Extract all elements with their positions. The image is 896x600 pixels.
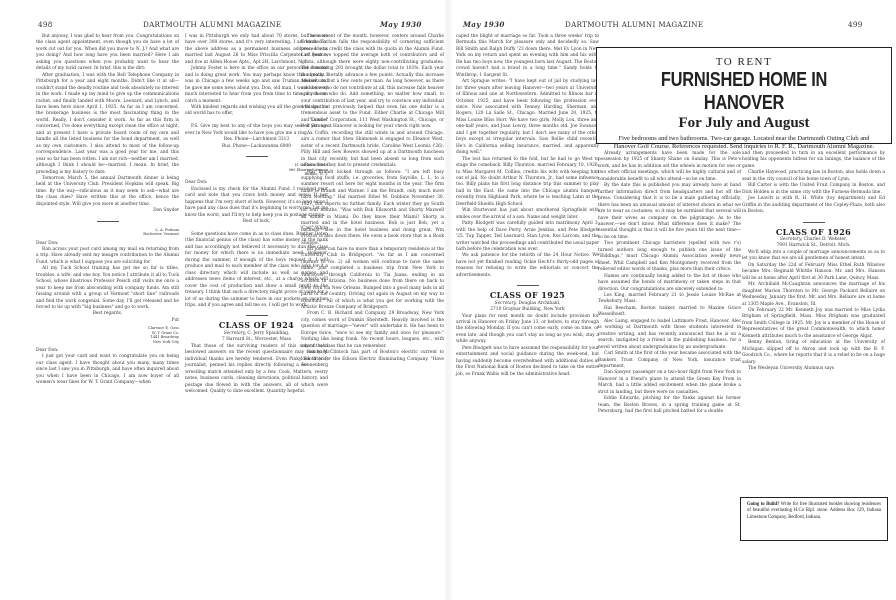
paragraph: After graduation, I was with the Bell Te… — [36, 73, 179, 176]
paragraph: Mr. Archibald McCaughran announces the m… — [742, 282, 885, 308]
magazine-title: DARTMOUTH ALUMNI MAGAZINE — [143, 20, 281, 29]
ad-body: Five bedrooms and two bathrooms. Two-car… — [597, 135, 891, 151]
paragraph: caped the blight of marriage so far. Too… — [456, 34, 599, 79]
paragraph: Tomorrow, March 5, the annual Dartmouth … — [36, 176, 179, 208]
ad-lead: Going to Build? — [747, 502, 779, 507]
paragraph: Already arrangements have been made for … — [598, 151, 741, 183]
paragraph: We ask patience for the rebirth of the 2… — [456, 253, 599, 279]
paragraph: Two prominent Chicago barristers (spelle… — [598, 241, 741, 273]
column-1: But anyway, I was glad to hear from you.… — [36, 34, 179, 387]
paragraph: Eddie Edwards, pitching for the Yanks ag… — [598, 396, 741, 415]
paragraph: Hal Beecham, Boston banker, married to M… — [598, 306, 741, 319]
running-header: 498 DARTMOUTH ALUMNI MAGAZINE May 1930 — [0, 20, 448, 30]
paragraph: Bill Carter is with the United Fruit Com… — [742, 183, 885, 196]
limestone-advertisement: Going to Build? Write for free illustrat… — [740, 497, 888, 541]
paragraph: But anyway, I was glad to hear from you.… — [36, 34, 179, 73]
paragraph: Carl Smith at the first of the year beca… — [598, 351, 741, 370]
paragraph: We'll whip into a couple of marriage ann… — [742, 250, 885, 263]
column-6: and then proceeded to turn in an excelle… — [742, 151, 885, 373]
ad-kicker: TO RENT — [597, 56, 891, 68]
paragraph: The lost has returned to the fold, but h… — [456, 157, 599, 209]
paragraph: Ed Jones can have no more than a tempora… — [301, 247, 444, 312]
running-header: May 1930 DARTMOUTH ALUMNI MAGAZINE 499 — [448, 20, 896, 30]
paragraph: Ran across your post card among my mail … — [36, 247, 179, 266]
paragraph: By the date this is published you may al… — [598, 183, 741, 241]
paragraph: Art Sprague writes: "I have kept out of … — [456, 79, 599, 156]
paragraph: Hal Brandt kicked through as follows: "I… — [301, 170, 444, 247]
page-number: 498 — [38, 20, 53, 29]
paragraph: and then proceeded to turn in an excelle… — [742, 151, 885, 170]
paragraph: On Saturday the 22d of February Miss Eth… — [742, 263, 885, 282]
section-divider — [246, 315, 268, 316]
signature: Put — [36, 318, 179, 324]
issue-date: May 1930 — [463, 20, 505, 29]
column-4: caped the blight of marriage so far. Too… — [456, 34, 599, 378]
paragraph: I just got your card and want to congrat… — [36, 354, 179, 386]
paragraph: The moment of the month, however, center… — [301, 34, 444, 131]
letter-address: L. A. PutnamRochester, Vermont — [36, 228, 179, 237]
section-divider — [246, 156, 268, 157]
issue-date: May 1930 — [380, 20, 422, 29]
section-divider — [803, 222, 825, 223]
section-divider — [97, 221, 119, 222]
paragraph: Benny Benton, tiring of education at the… — [742, 340, 885, 366]
paragraph: Sandy McClintock has part of Boston's el… — [301, 350, 444, 369]
paragraph: Dan Sawyer, passenger on a two-hour flig… — [598, 370, 741, 396]
paragraph: Pete Blodgett was to have assumed the re… — [456, 346, 599, 378]
rental-advertisement: TO RENT FURNISHED HOME IN HANOVER For Ju… — [596, 47, 892, 144]
paragraph: Alec Laing, engaged to Isabel Lattimore … — [598, 319, 741, 351]
paragraph: Your plans for next month no doubt inclu… — [456, 314, 599, 346]
ad-subhead: For July and August — [597, 115, 891, 132]
paragraph: Charlie Haywood, practicing law in Bosto… — [742, 170, 885, 183]
paragraph: On February 22 Mr. Kenneth Joy was marri… — [742, 308, 885, 340]
signature: Don Snyder — [36, 208, 179, 214]
paragraph: The Wesleyan University Alumnus says — [742, 366, 885, 372]
section-divider — [517, 285, 539, 286]
paragraph: Les King, married February 21 to Jessie … — [598, 293, 741, 306]
magazine-title: DARTMOUTH ALUMNI MAGAZINE — [565, 20, 703, 29]
class-heading: CLASS OF 1926 — [742, 229, 885, 235]
ad-headline: FURNISHED HOME IN HANOVER — [623, 69, 864, 115]
letter-address: Clarence E. GossW. T. Grant Co.1441 Broa… — [36, 326, 179, 344]
paragraph: From C. B. Richard and Company, 29 Broad… — [301, 311, 444, 350]
class-heading: CLASS OF 1925 — [456, 292, 599, 298]
paragraph: Win Sturtevant has just about smothered … — [456, 208, 599, 221]
paragraph: Patty Blodgett was carefully guided into… — [456, 221, 599, 253]
left-page: 498 DARTMOUTH ALUMNI MAGAZINE May 1930 B… — [0, 0, 448, 600]
page-number: 499 — [848, 20, 863, 29]
paragraph: All my Tuck School training has got me s… — [36, 266, 179, 311]
paragraph: Ax Coffin, recording the still winds in … — [301, 131, 444, 170]
paragraph: Joe Leavitt is with R. H. White (toy dep… — [742, 196, 885, 215]
paragraph: Names are continually being added to the… — [598, 274, 741, 293]
column-3: The moment of the month, however, center… — [301, 34, 444, 370]
column-5: Already arrangements have been made for … — [598, 151, 741, 416]
